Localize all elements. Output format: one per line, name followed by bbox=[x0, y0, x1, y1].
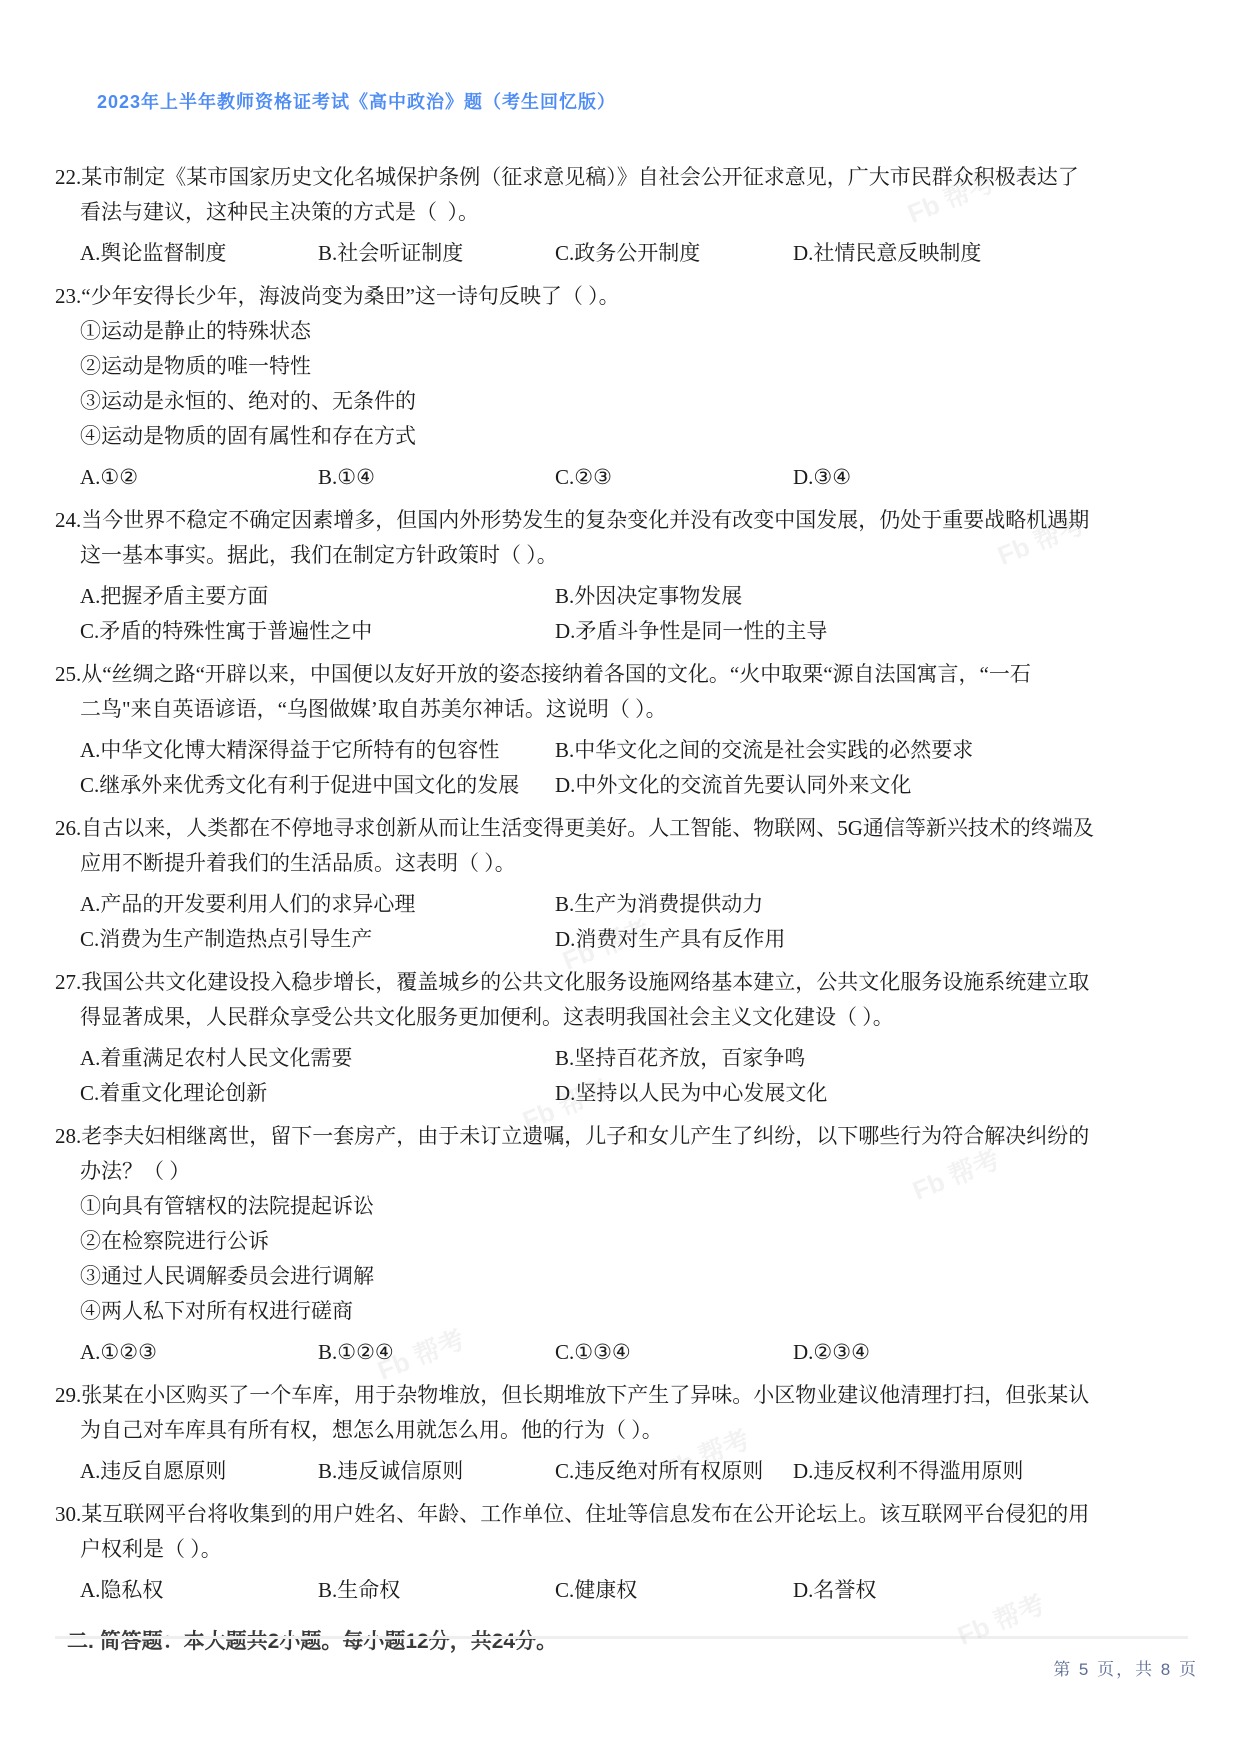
option-c: C.矛盾的特殊性寓于普遍性之中 bbox=[80, 614, 555, 649]
question-26: 26.自古以来，人类都在不停地寻求创新从而让生活变得更美好。人工智能、物联网、5… bbox=[55, 811, 1192, 957]
question-27: 27.我国公共文化建设投入稳步增长，覆盖城乡的公共文化服务设施网络基本建立，公共… bbox=[55, 965, 1192, 1111]
option-a: A.违反自愿原则 bbox=[80, 1454, 318, 1489]
question-number: 24. bbox=[55, 508, 81, 532]
option-a: A.着重满足农村人民文化需要 bbox=[80, 1041, 555, 1076]
option-d: D.中外文化的交流首先要认同外来文化 bbox=[555, 768, 1192, 803]
options-row: A.产品的开发要利用人们的求异心理 B.生产为消费提供动力 C.消费为生产制造热… bbox=[80, 887, 1192, 957]
options-row: A.①②③ B.①②④ C.①③④ D.②③④ bbox=[80, 1335, 1192, 1370]
option-d: D.违反权利不得滥用原则 bbox=[793, 1454, 1192, 1489]
option-b: B.中华文化之间的交流是社会实践的必然要求 bbox=[555, 733, 1192, 768]
option-a: A.①② bbox=[80, 460, 318, 495]
option-b: B.①④ bbox=[318, 460, 555, 495]
option-a: A.舆论监督制度 bbox=[80, 236, 318, 271]
option-d: D.③④ bbox=[793, 460, 1192, 495]
question-stem: 23.“少年安得长少年，海波尚变为桑田”这一诗句反映了（ ）。 bbox=[55, 279, 1192, 314]
page-title: 2023年上半年教师资格证考试《高中政治》题（考生回忆版） bbox=[97, 88, 1192, 114]
question-text: 老李夫妇相继离世，留下一套房产，由于未订立遗嘱，儿子和女儿产生了纠纷，以下哪些行… bbox=[80, 1124, 1089, 1183]
question-number: 25. bbox=[55, 662, 81, 686]
options-row: A.着重满足农村人民文化需要 B.坚持百花齐放，百家争鸣 C.着重文化理论创新 … bbox=[80, 1041, 1192, 1111]
option-a: A.产品的开发要利用人们的求异心理 bbox=[80, 887, 555, 922]
statement-3: ③运动是永恒的、绝对的、无条件的 bbox=[80, 384, 1192, 419]
question-number: 30. bbox=[55, 1502, 81, 1526]
option-d: D.社情民意反映制度 bbox=[793, 236, 1192, 271]
option-c: C.健康权 bbox=[555, 1573, 793, 1608]
page-number: 第 5 页，共 8 页 bbox=[1053, 1655, 1198, 1680]
statement-1: ①向具有管辖权的法院提起诉讼 bbox=[80, 1189, 1192, 1224]
question-stem: 22.某市制定《某市国家历史文化名城保护条例（征求意见稿）》自社会公开征求意见，… bbox=[55, 160, 1192, 230]
option-d: D.坚持以人民为中心发展文化 bbox=[555, 1076, 1192, 1111]
options-row: A.隐私权 B.生命权 C.健康权 D.名誉权 bbox=[80, 1573, 1192, 1608]
question-23: 23.“少年安得长少年，海波尚变为桑田”这一诗句反映了（ ）。 ①运动是静止的特… bbox=[55, 279, 1192, 495]
option-c: C.①③④ bbox=[555, 1335, 793, 1370]
option-b: B.违反诚信原则 bbox=[318, 1454, 555, 1489]
question-number: 22. bbox=[55, 165, 81, 189]
question-22: 22.某市制定《某市国家历史文化名城保护条例（征求意见稿）》自社会公开征求意见，… bbox=[55, 160, 1192, 271]
options-row: A.舆论监督制度 B.社会听证制度 C.政务公开制度 D.社情民意反映制度 bbox=[80, 236, 1192, 271]
question-24: 24.当今世界不稳定不确定因素增多，但国内外形势发生的复杂变化并没有改变中国发展… bbox=[55, 503, 1192, 649]
section-2-heading: 二. 简答题：本大题共2小题。每小题12分，共24分。 bbox=[67, 1624, 1192, 1659]
option-b: B.社会听证制度 bbox=[318, 236, 555, 271]
question-stem: 26.自古以来，人类都在不停地寻求创新从而让生活变得更美好。人工智能、物联网、5… bbox=[55, 811, 1192, 881]
option-c: C.违反绝对所有权原则 bbox=[555, 1454, 793, 1489]
question-number: 26. bbox=[55, 816, 81, 840]
question-28: 28.老李夫妇相继离世，留下一套房产，由于未订立遗嘱，儿子和女儿产生了纠纷，以下… bbox=[55, 1119, 1192, 1370]
question-29: 29.张某在小区购买了一个车库，用于杂物堆放，但长期堆放下产生了异味。小区物业建… bbox=[55, 1378, 1192, 1489]
option-d: D.名誉权 bbox=[793, 1573, 1192, 1608]
option-d: D.消费对生产具有反作用 bbox=[555, 922, 1192, 957]
option-b: B.坚持百花齐放，百家争鸣 bbox=[555, 1041, 1192, 1076]
question-text: 当今世界不稳定不确定因素增多，但国内外形势发生的复杂变化并没有改变中国发展，仍处… bbox=[80, 508, 1089, 567]
question-text: 自古以来，人类都在不停地寻求创新从而让生活变得更美好。人工智能、物联网、5G通信… bbox=[80, 816, 1094, 875]
question-25: 25.从“丝绸之路“开辟以来，中国便以友好开放的姿态接纳着各国的文化。“火中取栗… bbox=[55, 657, 1192, 803]
question-text: 我国公共文化建设投入稳步增长，覆盖城乡的公共文化服务设施网络基本建立，公共文化服… bbox=[80, 970, 1089, 1029]
option-b: B.外因决定事物发展 bbox=[555, 579, 1192, 614]
question-number: 27. bbox=[55, 970, 81, 994]
options-row: A.把握矛盾主要方面 B.外因决定事物发展 C.矛盾的特殊性寓于普遍性之中 D.… bbox=[80, 579, 1192, 649]
option-c: C.着重文化理论创新 bbox=[80, 1076, 555, 1111]
option-d: D.矛盾斗争性是同一性的主导 bbox=[555, 614, 1192, 649]
question-text: 某互联网平台将收集到的用户姓名、年龄、工作单位、住址等信息发布在公开论坛上。该互… bbox=[80, 1502, 1089, 1561]
options-row: A.中华文化博大精深得益于它所特有的包容性 B.中华文化之间的交流是社会实践的必… bbox=[80, 733, 1192, 803]
question-stem: 24.当今世界不稳定不确定因素增多，但国内外形势发生的复杂变化并没有改变中国发展… bbox=[55, 503, 1192, 573]
option-c: C.②③ bbox=[555, 460, 793, 495]
options-row: A.违反自愿原则 B.违反诚信原则 C.违反绝对所有权原则 D.违反权利不得滥用… bbox=[80, 1454, 1192, 1489]
option-c: C.政务公开制度 bbox=[555, 236, 793, 271]
footer-divider bbox=[55, 1636, 1188, 1639]
question-stem: 27.我国公共文化建设投入稳步增长，覆盖城乡的公共文化服务设施网络基本建立，公共… bbox=[55, 965, 1192, 1035]
option-a: A.①②③ bbox=[80, 1335, 318, 1370]
option-a: A.中华文化博大精深得益于它所特有的包容性 bbox=[80, 733, 555, 768]
question-number: 28. bbox=[55, 1124, 81, 1148]
option-a: A.隐私权 bbox=[80, 1573, 318, 1608]
question-text: 张某在小区购买了一个车库，用于杂物堆放，但长期堆放下产生了异味。小区物业建议他清… bbox=[80, 1383, 1089, 1442]
option-b: B.生命权 bbox=[318, 1573, 555, 1608]
statement-4: ④运动是物质的固有属性和存在方式 bbox=[80, 419, 1192, 454]
option-c: C.消费为生产制造热点引导生产 bbox=[80, 922, 555, 957]
question-30: 30.某互联网平台将收集到的用户姓名、年龄、工作单位、住址等信息发布在公开论坛上… bbox=[55, 1497, 1192, 1608]
statement-list: ①运动是静止的特殊状态 ②运动是物质的唯一特性 ③运动是永恒的、绝对的、无条件的… bbox=[80, 314, 1192, 454]
options-row: A.①② B.①④ C.②③ D.③④ bbox=[80, 460, 1192, 495]
question-stem: 29.张某在小区购买了一个车库，用于杂物堆放，但长期堆放下产生了异味。小区物业建… bbox=[55, 1378, 1192, 1448]
statement-3: ③通过人民调解委员会进行调解 bbox=[80, 1259, 1192, 1294]
question-stem: 28.老李夫妇相继离世，留下一套房产，由于未订立遗嘱，儿子和女儿产生了纠纷，以下… bbox=[55, 1119, 1192, 1189]
question-text: “少年安得长少年，海波尚变为桑田”这一诗句反映了（ ）。 bbox=[81, 284, 619, 308]
option-b: B.①②④ bbox=[318, 1335, 555, 1370]
question-number: 23. bbox=[55, 284, 81, 308]
statement-1: ①运动是静止的特殊状态 bbox=[80, 314, 1192, 349]
statement-4: ④两人私下对所有权进行磋商 bbox=[80, 1294, 1192, 1329]
question-stem: 25.从“丝绸之路“开辟以来，中国便以友好开放的姿态接纳着各国的文化。“火中取栗… bbox=[55, 657, 1192, 727]
statement-2: ②运动是物质的唯一特性 bbox=[80, 349, 1192, 384]
exam-page: 2023年上半年教师资格证考试《高中政治》题（考生回忆版） 22.某市制定《某市… bbox=[0, 0, 1240, 1754]
option-a: A.把握矛盾主要方面 bbox=[80, 579, 555, 614]
option-c: C.继承外来优秀文化有利于促进中国文化的发展 bbox=[80, 768, 555, 803]
question-text: 某市制定《某市国家历史文化名城保护条例（征求意见稿）》自社会公开征求意见，广大市… bbox=[80, 165, 1079, 224]
option-d: D.②③④ bbox=[793, 1335, 1192, 1370]
question-text: 从“丝绸之路“开辟以来，中国便以友好开放的姿态接纳着各国的文化。“火中取栗“源自… bbox=[80, 662, 1031, 721]
question-stem: 30.某互联网平台将收集到的用户姓名、年龄、工作单位、住址等信息发布在公开论坛上… bbox=[55, 1497, 1192, 1567]
question-number: 29. bbox=[55, 1383, 81, 1407]
option-b: B.生产为消费提供动力 bbox=[555, 887, 1192, 922]
statement-2: ②在检察院进行公诉 bbox=[80, 1224, 1192, 1259]
statement-list: ①向具有管辖权的法院提起诉讼 ②在检察院进行公诉 ③通过人民调解委员会进行调解 … bbox=[80, 1189, 1192, 1329]
